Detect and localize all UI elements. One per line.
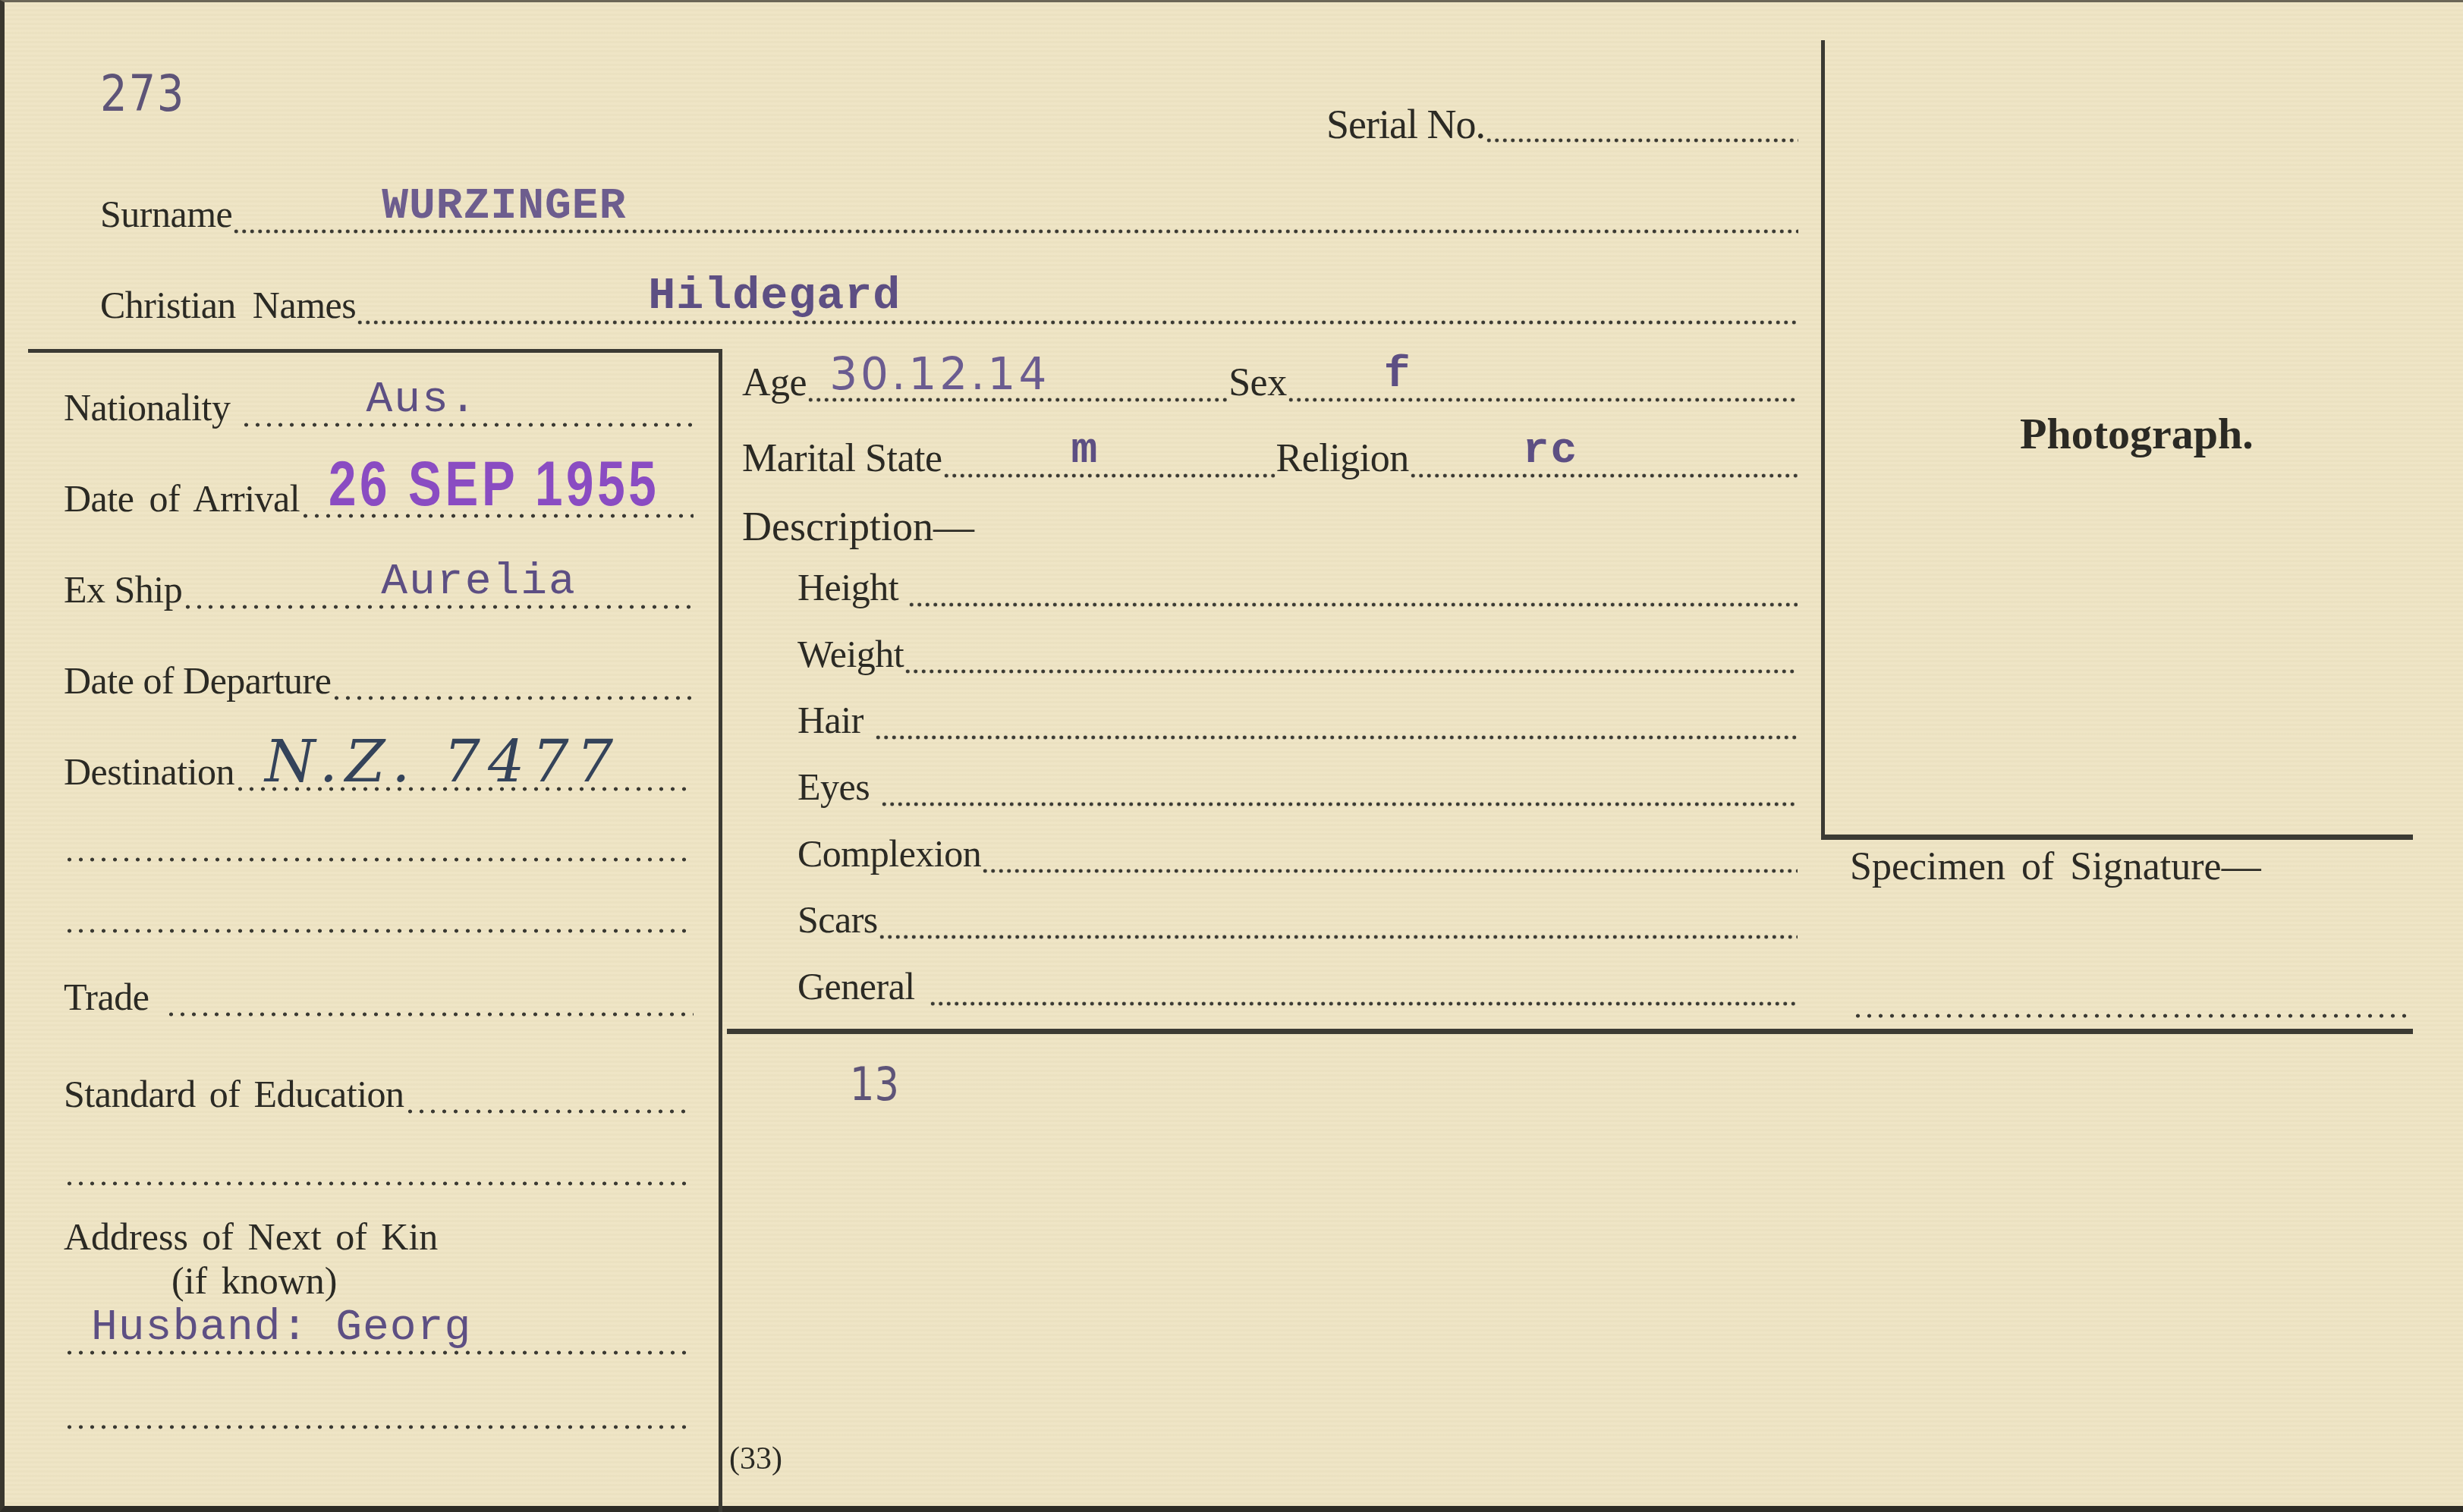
signature-label: Specimen of Signature— (1850, 844, 2261, 889)
blank-leader-2 (64, 928, 694, 934)
education-field[interactable]: Standard of Education (64, 1072, 686, 1125)
blank-leader-1 (64, 857, 694, 863)
next-of-kin-blank-leader (64, 1424, 694, 1430)
christian-names-field[interactable]: Christian Names Hildegard (100, 283, 1798, 336)
next-of-kin-leader: Husband: Georg (64, 1350, 694, 1356)
christian-names-leader: Hildegard (356, 319, 1798, 325)
next-of-kin-blank-line[interactable] (64, 1388, 694, 1441)
general-field[interactable]: General (797, 964, 1798, 1017)
ex-ship-field[interactable]: Ex Ship Aurelia (64, 567, 694, 621)
eyes-field[interactable]: Eyes (797, 765, 1798, 818)
christian-names-value: Hildegard (648, 271, 901, 322)
nationality-value: Aus. (366, 376, 477, 425)
annotation-number: 13 (850, 1058, 899, 1111)
destination-label: Destination (64, 750, 234, 794)
sex-label: Sex (1228, 360, 1287, 405)
left-box-top-rule (28, 349, 722, 353)
marital-state-leader: m (942, 473, 1276, 479)
christian-names-label: Christian Names (100, 283, 356, 327)
destination-field[interactable]: Destination N.Z. 7477 (64, 750, 694, 803)
religion-value: rc (1523, 426, 1579, 476)
ex-ship-value: Aurelia (381, 558, 577, 607)
education-leader (404, 1108, 686, 1114)
date-of-arrival-leader: 26 SEP 1955 (300, 513, 694, 519)
general-leader (929, 1001, 1798, 1007)
next-of-kin-sublabel: (if known) (171, 1259, 337, 1303)
marital-state-label: Marital State (742, 436, 942, 481)
surname-field[interactable]: Surname WURZINGER (100, 192, 1798, 245)
age-value: 30.12.14 (829, 348, 1049, 400)
date-of-departure-field[interactable]: Date of Departure (64, 659, 694, 712)
ex-ship-label: Ex Ship (64, 567, 182, 611)
date-of-departure-label: Date of Departure (64, 659, 331, 703)
marital-religion-field[interactable]: Marital State m Religion rc (742, 436, 1798, 489)
height-field[interactable]: Height (797, 565, 1798, 618)
religion-leader: rc (1409, 473, 1798, 479)
education-blank-line[interactable] (64, 1144, 694, 1197)
photo-box-bottom-rule (1821, 835, 2413, 840)
card-number: 273 (100, 64, 185, 123)
signature-leader (1852, 1013, 2411, 1019)
date-of-arrival-label: Date of Arrival (64, 476, 300, 520)
destination-leader: N.Z. 7477 (234, 786, 694, 792)
general-label: General (797, 964, 915, 1008)
photograph-placeholder-label: Photograph. (2020, 408, 2254, 459)
weight-label: Weight (797, 632, 904, 676)
signature-field[interactable] (1852, 976, 2411, 1029)
blank-line-2[interactable] (64, 891, 694, 945)
photo-box-left-rule (1821, 40, 1825, 837)
complexion-leader (981, 868, 1798, 874)
left-column-divider (719, 349, 722, 1512)
eyes-leader (880, 801, 1798, 807)
age-leader: 30.12.14 (807, 397, 1228, 403)
weight-leader (904, 668, 1798, 674)
registration-card: 273 Serial No. Surname WURZINGER Christi… (0, 0, 2463, 1512)
trade-label: Trade (64, 975, 149, 1019)
next-of-kin-value: Husband: Georg (91, 1303, 471, 1353)
religion-label: Religion (1276, 436, 1409, 481)
serial-number-field[interactable]: Serial No. (1326, 101, 1798, 154)
description-heading: Description— (742, 503, 974, 550)
nationality-leader: Aus. (241, 422, 694, 428)
age-label: Age (742, 360, 807, 405)
next-of-kin-field[interactable]: Husband: Georg (64, 1313, 694, 1366)
trade-leader (165, 1011, 694, 1017)
serial-number-leader (1485, 137, 1798, 143)
description-bottom-rule (727, 1029, 2413, 1034)
destination-value-handwritten: N.Z. 7477 (265, 728, 621, 795)
nationality-label: Nationality (64, 385, 230, 429)
date-of-arrival-stamp: 26 SEP 1955 (329, 447, 659, 520)
next-of-kin-label: Address of Next of Kin (64, 1215, 438, 1259)
education-blank-leader (64, 1180, 694, 1187)
age-sex-field[interactable]: Age 30.12.14 Sex f (742, 360, 1798, 413)
surname-leader: WURZINGER (232, 228, 1798, 234)
weight-field[interactable]: Weight (797, 632, 1798, 685)
hair-leader (874, 734, 1798, 740)
surname-label: Surname (100, 192, 232, 236)
eyes-label: Eyes (797, 765, 870, 809)
marital-state-value: m (1071, 426, 1099, 476)
education-label: Standard of Education (64, 1072, 404, 1116)
height-label: Height (797, 565, 898, 609)
serial-number-label: Serial No. (1326, 101, 1485, 148)
date-of-arrival-field[interactable]: Date of Arrival 26 SEP 1955 (64, 476, 694, 530)
sex-leader: f (1287, 397, 1798, 403)
sex-value: f (1384, 350, 1412, 400)
date-of-departure-leader (331, 695, 694, 701)
surname-value: WURZINGER (382, 182, 626, 231)
complexion-field[interactable]: Complexion (797, 831, 1798, 885)
scars-field[interactable]: Scars (797, 897, 1798, 951)
blank-line-1[interactable] (64, 820, 694, 873)
trade-field[interactable]: Trade (64, 975, 694, 1028)
scars-leader (878, 934, 1798, 940)
height-leader (908, 602, 1798, 608)
scars-label: Scars (797, 897, 878, 941)
complexion-label: Complexion (797, 831, 981, 875)
hair-label: Hair (797, 698, 863, 742)
nationality-field[interactable]: Nationality Aus. (64, 385, 694, 439)
form-number: (33) (729, 1441, 782, 1477)
ex-ship-leader: Aurelia (182, 604, 694, 610)
hair-field[interactable]: Hair (797, 698, 1798, 751)
